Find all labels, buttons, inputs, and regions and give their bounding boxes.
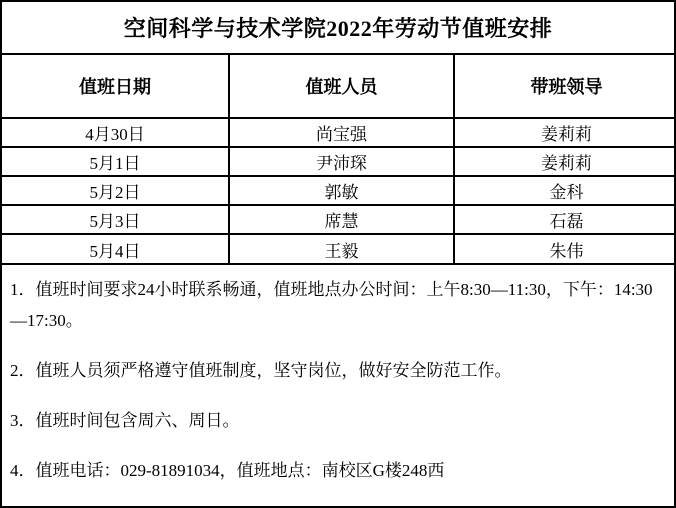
col-header-duty-person: 值班人员 xyxy=(229,55,454,118)
cell-leader: 朱伟 xyxy=(454,234,676,263)
cell-leader: 石磊 xyxy=(454,205,676,234)
table-row: 5月2日 郭敏 金科 xyxy=(2,176,676,205)
cell-leader: 金科 xyxy=(454,176,676,205)
cell-date: 5月3日 xyxy=(2,205,229,234)
note-4: 4．值班电话：029-81891034，值班地点：南校区G楼248西 xyxy=(10,455,666,486)
cell-date: 4月30日 xyxy=(2,118,229,147)
note-2: 2．值班人员须严格遵守值班制度，坚守岗位，做好安全防范工作。 xyxy=(10,355,666,386)
table-header-row: 值班日期 值班人员 带班领导 xyxy=(2,55,676,118)
cell-person: 席慧 xyxy=(229,205,454,234)
cell-date: 5月2日 xyxy=(2,176,229,205)
cell-leader: 姜莉莉 xyxy=(454,147,676,176)
table-row: 5月1日 尹沛琛 姜莉莉 xyxy=(2,147,676,176)
col-header-duty-date: 值班日期 xyxy=(2,55,229,118)
cell-person: 王毅 xyxy=(229,234,454,263)
cell-date: 5月1日 xyxy=(2,147,229,176)
cell-date: 5月4日 xyxy=(2,234,229,263)
cell-person: 尚宝强 xyxy=(229,118,454,147)
cell-leader: 姜莉莉 xyxy=(454,118,676,147)
notes-section: 1．值班时间要求24小时联系畅通，值班地点办公时间：上午8:30—11:30，下… xyxy=(2,263,674,486)
table-row: 5月4日 王毅 朱伟 xyxy=(2,234,676,263)
note-1: 1．值班时间要求24小时联系畅通，值班地点办公时间：上午8:30—11:30，下… xyxy=(10,274,666,336)
table-row: 4月30日 尚宝强 姜莉莉 xyxy=(2,118,676,147)
table-row: 5月3日 席慧 石磊 xyxy=(2,205,676,234)
duty-schedule-document: 空间科学与技术学院2022年劳动节值班安排 值班日期 值班人员 带班领导 4月3… xyxy=(0,0,676,508)
cell-person: 尹沛琛 xyxy=(229,147,454,176)
note-3: 3．值班时间包含周六、周日。 xyxy=(10,405,666,436)
duty-table: 值班日期 值班人员 带班领导 4月30日 尚宝强 姜莉莉 5月1日 尹沛琛 姜莉… xyxy=(2,55,676,263)
cell-person: 郭敏 xyxy=(229,176,454,205)
document-title: 空间科学与技术学院2022年劳动节值班安排 xyxy=(2,2,674,55)
col-header-duty-leader: 带班领导 xyxy=(454,55,676,118)
